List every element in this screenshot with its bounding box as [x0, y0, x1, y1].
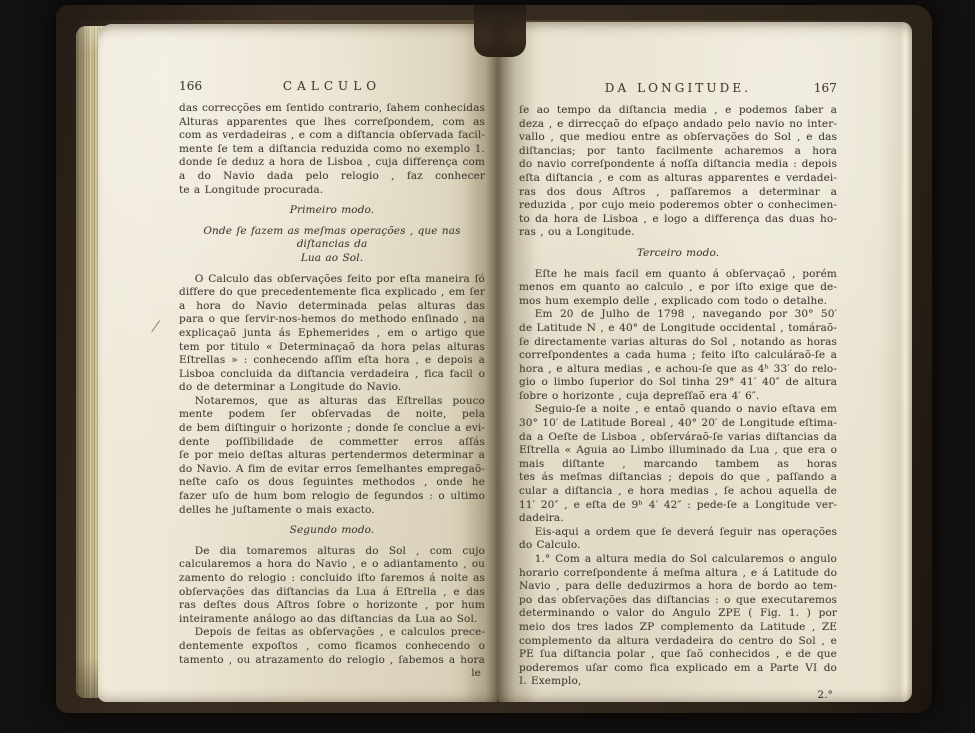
text-line: de Latitude N , e 40° de Longitude occid… [519, 322, 837, 336]
text-line: Lisboa concluida da diſtancia verdadeira… [179, 368, 485, 382]
text-line: donde ſe deduz a hora de Lisboa , cuja d… [179, 156, 485, 170]
paragraph: das correcções em ſentido contrario, ſah… [179, 102, 485, 197]
paragraph: Depois de feitas as obſervações , e calc… [179, 626, 485, 667]
text-line: fazer uſo de hum bom relogio de ſegundos… [179, 490, 485, 504]
text-line: ſe por meio deſtas alturas pertendermos … [179, 449, 485, 463]
page-body: ſe ao tempo da diſtancia media , e podem… [519, 104, 837, 689]
text-line: de bem diſtinguir o horizonte ; donde ſe… [179, 422, 485, 436]
text-line: a hora do Navio determinada pelas altura… [179, 300, 485, 314]
text-line: Seguio-ſe a noite , e entaõ quando o nav… [519, 403, 837, 417]
text-line: complemento da altura verdadeira do cent… [519, 635, 837, 649]
right-page-text-column: DA LONGITUDE. 167 ſe ao tempo da diſtanc… [519, 82, 837, 703]
text-line: mos hum exemplo delle , explicado com to… [519, 295, 837, 309]
text-line: neſte caſo os dous ſeguintes methodos , … [179, 476, 485, 490]
paragraph: De dia tomaremos alturas do Sol , com cu… [179, 545, 485, 627]
text-line: Depois de feitas as obſervações , e calc… [179, 626, 485, 640]
text-line: explicaçaõ junta ás Ephemerides , em o a… [179, 327, 485, 341]
text-line: delles he juſtamente o mais exacto. [179, 504, 485, 518]
text-line: dente poſſibilidade de commetter erros a… [179, 436, 485, 450]
text-line: Eſtrellas » : conhecendo aſſim eſta hora… [179, 354, 485, 368]
paragraph: 1.° Com a altura media do Sol calcularem… [519, 553, 837, 689]
text-line: Alturas apparentes que lhes correſpondem… [179, 116, 485, 130]
page-body: das correcções em ſentido contrario, ſah… [179, 102, 485, 667]
text-line: determinando o valor do Angulo ZPE ( Fig… [519, 607, 837, 621]
subheading-line: Lua ao Sol. [179, 252, 485, 266]
text-line: dentemente expoſtos , como ficamos conhe… [179, 640, 485, 654]
section-heading: Terceiro modo. [519, 247, 837, 261]
text-line: correſpondentes a cada huma ; feito iſto… [519, 349, 837, 363]
text-line: mais diſtante , marcando tambem as horas… [519, 458, 837, 472]
text-line: a do Navio dada pelo relogio , faz conhe… [179, 170, 485, 184]
running-header: CALCULO [179, 80, 485, 94]
text-line: meio dos tres lados ZP complemento da La… [519, 621, 837, 635]
margin-pencil-mark: / [152, 317, 175, 340]
text-line: poderemos uſar como fica explicado em a … [519, 662, 837, 676]
subheading-line: Onde ſe fazem as meſmas operações , que … [179, 225, 485, 252]
text-line: do de determinar a Longitude do Navio. [179, 381, 485, 395]
text-line: das correcções em ſentido contrario, ſah… [179, 102, 485, 116]
text-line: reduzida , por cujo meio poderemos obter… [519, 199, 837, 213]
text-line: do Calculo. [519, 539, 837, 553]
text-line: differe do que precedentemente fica expl… [179, 286, 485, 300]
text-line: com as verdadeiras , e com a diſtancia o… [179, 129, 485, 143]
paragraph: Em 20 de Julho de 1798 , navegando por 3… [519, 308, 837, 403]
paragraph: Eis-aqui a ordem que ſe deverá ſeguir na… [519, 526, 837, 553]
text-line: da a Oeſte de Lisboa , obſerváraõ-ſe var… [519, 431, 837, 445]
paragraph: ſe ao tempo da diſtancia media , e podem… [519, 104, 837, 240]
right-page-header: DA LONGITUDE. 167 [519, 82, 837, 99]
text-line: zamento do relogio : concluido iſto fare… [179, 572, 485, 586]
text-line: calcularemos a hora do Navio , e o adian… [179, 558, 485, 572]
book-photo-background: / 166 CALCULO das correcções em ſentido … [0, 0, 975, 733]
text-line: horario correſpondente á meſma altura , … [519, 567, 837, 581]
text-line: O Calculo das obſervações feito por eſta… [179, 273, 485, 287]
text-line: mente podem ſer obſervadas de noite, pel… [179, 408, 485, 422]
paragraph: Notaremos, que as alturas das Eſtrellas … [179, 395, 485, 517]
text-line: 1.° Com a altura media do Sol calcularem… [519, 553, 837, 567]
paragraph: Seguio-ſe a noite , e entaõ quando o nav… [519, 403, 837, 525]
text-line: PE ſua diſtancia polar , que ſaõ conheci… [519, 648, 837, 662]
text-line: ſobre o horizonte , cuja depreſſaõ era 4… [519, 390, 837, 404]
text-line: do Navio. A fim de evitar erros ſemelhan… [179, 463, 485, 477]
text-line: Eſte he mais facil em quanto á obſervaça… [519, 268, 837, 282]
text-line: Eſtrella « Aguia ao Limbo illuminado da … [519, 444, 837, 458]
catchword: 2.° [519, 689, 837, 703]
text-line: tamento , ou atrazamento do relogio , ſa… [179, 654, 485, 668]
text-line: Eis-aqui a ordem que ſe deverá ſeguir na… [519, 526, 837, 540]
paragraph: O Calculo das obſervações feito por eſta… [179, 273, 485, 395]
text-line: inteiramente análogo ao das diſtancias d… [179, 613, 485, 627]
section-subheading: Onde ſe fazem as meſmas operações , que … [179, 225, 485, 266]
text-line: ſe directamente varias alturas do Sol , … [519, 336, 837, 350]
text-line: 11′ 20″ , e eſta de 9ʰ 4′ 42″ : pede-ſe … [519, 499, 837, 513]
spine-gutter-top [474, 5, 526, 57]
text-line: Navio , para delle deduzirmos a hora de … [519, 580, 837, 594]
catchword: le [179, 667, 485, 681]
text-line: ras dos dous Aſtros , paſſaremos a deter… [519, 186, 837, 200]
page-number: 167 [814, 82, 837, 96]
text-line: deza , e dirrecçaõ do eſpaço andado pelo… [519, 118, 837, 132]
text-line: do navio correſpondente á noſſa diſtanci… [519, 158, 837, 172]
left-page-header: 166 CALCULO [179, 80, 485, 97]
text-line: ras deſtes dous Aſtros ſobre o horizonte… [179, 599, 485, 613]
left-page-text-column: 166 CALCULO das correcções em ſentido co… [179, 80, 485, 681]
text-line: 30° 10′ de Latitude Boreal , 40° 20′ de … [519, 417, 837, 431]
section-heading: Segundo modo. [179, 524, 485, 538]
text-line: obſervações das diſtancias da Lua á Eſtr… [179, 586, 485, 600]
text-line: menos em quanto ao calculo , e por iſto … [519, 281, 837, 295]
text-line: diſtancias; por tanto facilmente acharem… [519, 145, 837, 159]
text-line: vallo , que mediou entre as obſervações … [519, 131, 837, 145]
section-heading: Primeiro modo. [179, 204, 485, 218]
text-line: tem por titulo « Determinaçaõ da hora pe… [179, 341, 485, 355]
text-line: ſe ao tempo da diſtancia media , e podem… [519, 104, 837, 118]
text-line: hora , e altura medias , e achou-ſe que … [519, 363, 837, 377]
text-line: Notaremos, que as alturas das Eſtrellas … [179, 395, 485, 409]
text-line: mente ſe tem a diſtancia reduzida como n… [179, 143, 485, 157]
running-header: DA LONGITUDE. [519, 82, 837, 96]
text-line: ras , ou a Longitude. [519, 226, 837, 240]
text-line: tes ás meſmas diſtancias ; depois do que… [519, 471, 837, 485]
text-line: I. Exemplo, [519, 675, 837, 689]
text-line: te a Longitude procurada. [179, 184, 485, 198]
text-line: eſta diſtancia , e com as alturas appare… [519, 172, 837, 186]
text-line: po das obſervações das diſtancias : o qu… [519, 594, 837, 608]
text-line: para o que ſervir-nos-hemos do methodo e… [179, 313, 485, 327]
text-line: cular a diſtancia , e hora medias , ſe a… [519, 485, 837, 499]
text-line: dadeira. [519, 512, 837, 526]
text-line: Em 20 de Julho de 1798 , navegando por 3… [519, 308, 837, 322]
text-line: gio o limbo ſuperior do Sol tinha 29° 41… [519, 376, 837, 390]
text-line: to da hora de Lisboa , e logo a differen… [519, 213, 837, 227]
paragraph: Eſte he mais facil em quanto á obſervaça… [519, 268, 837, 309]
text-line: De dia tomaremos alturas do Sol , com cu… [179, 545, 485, 559]
